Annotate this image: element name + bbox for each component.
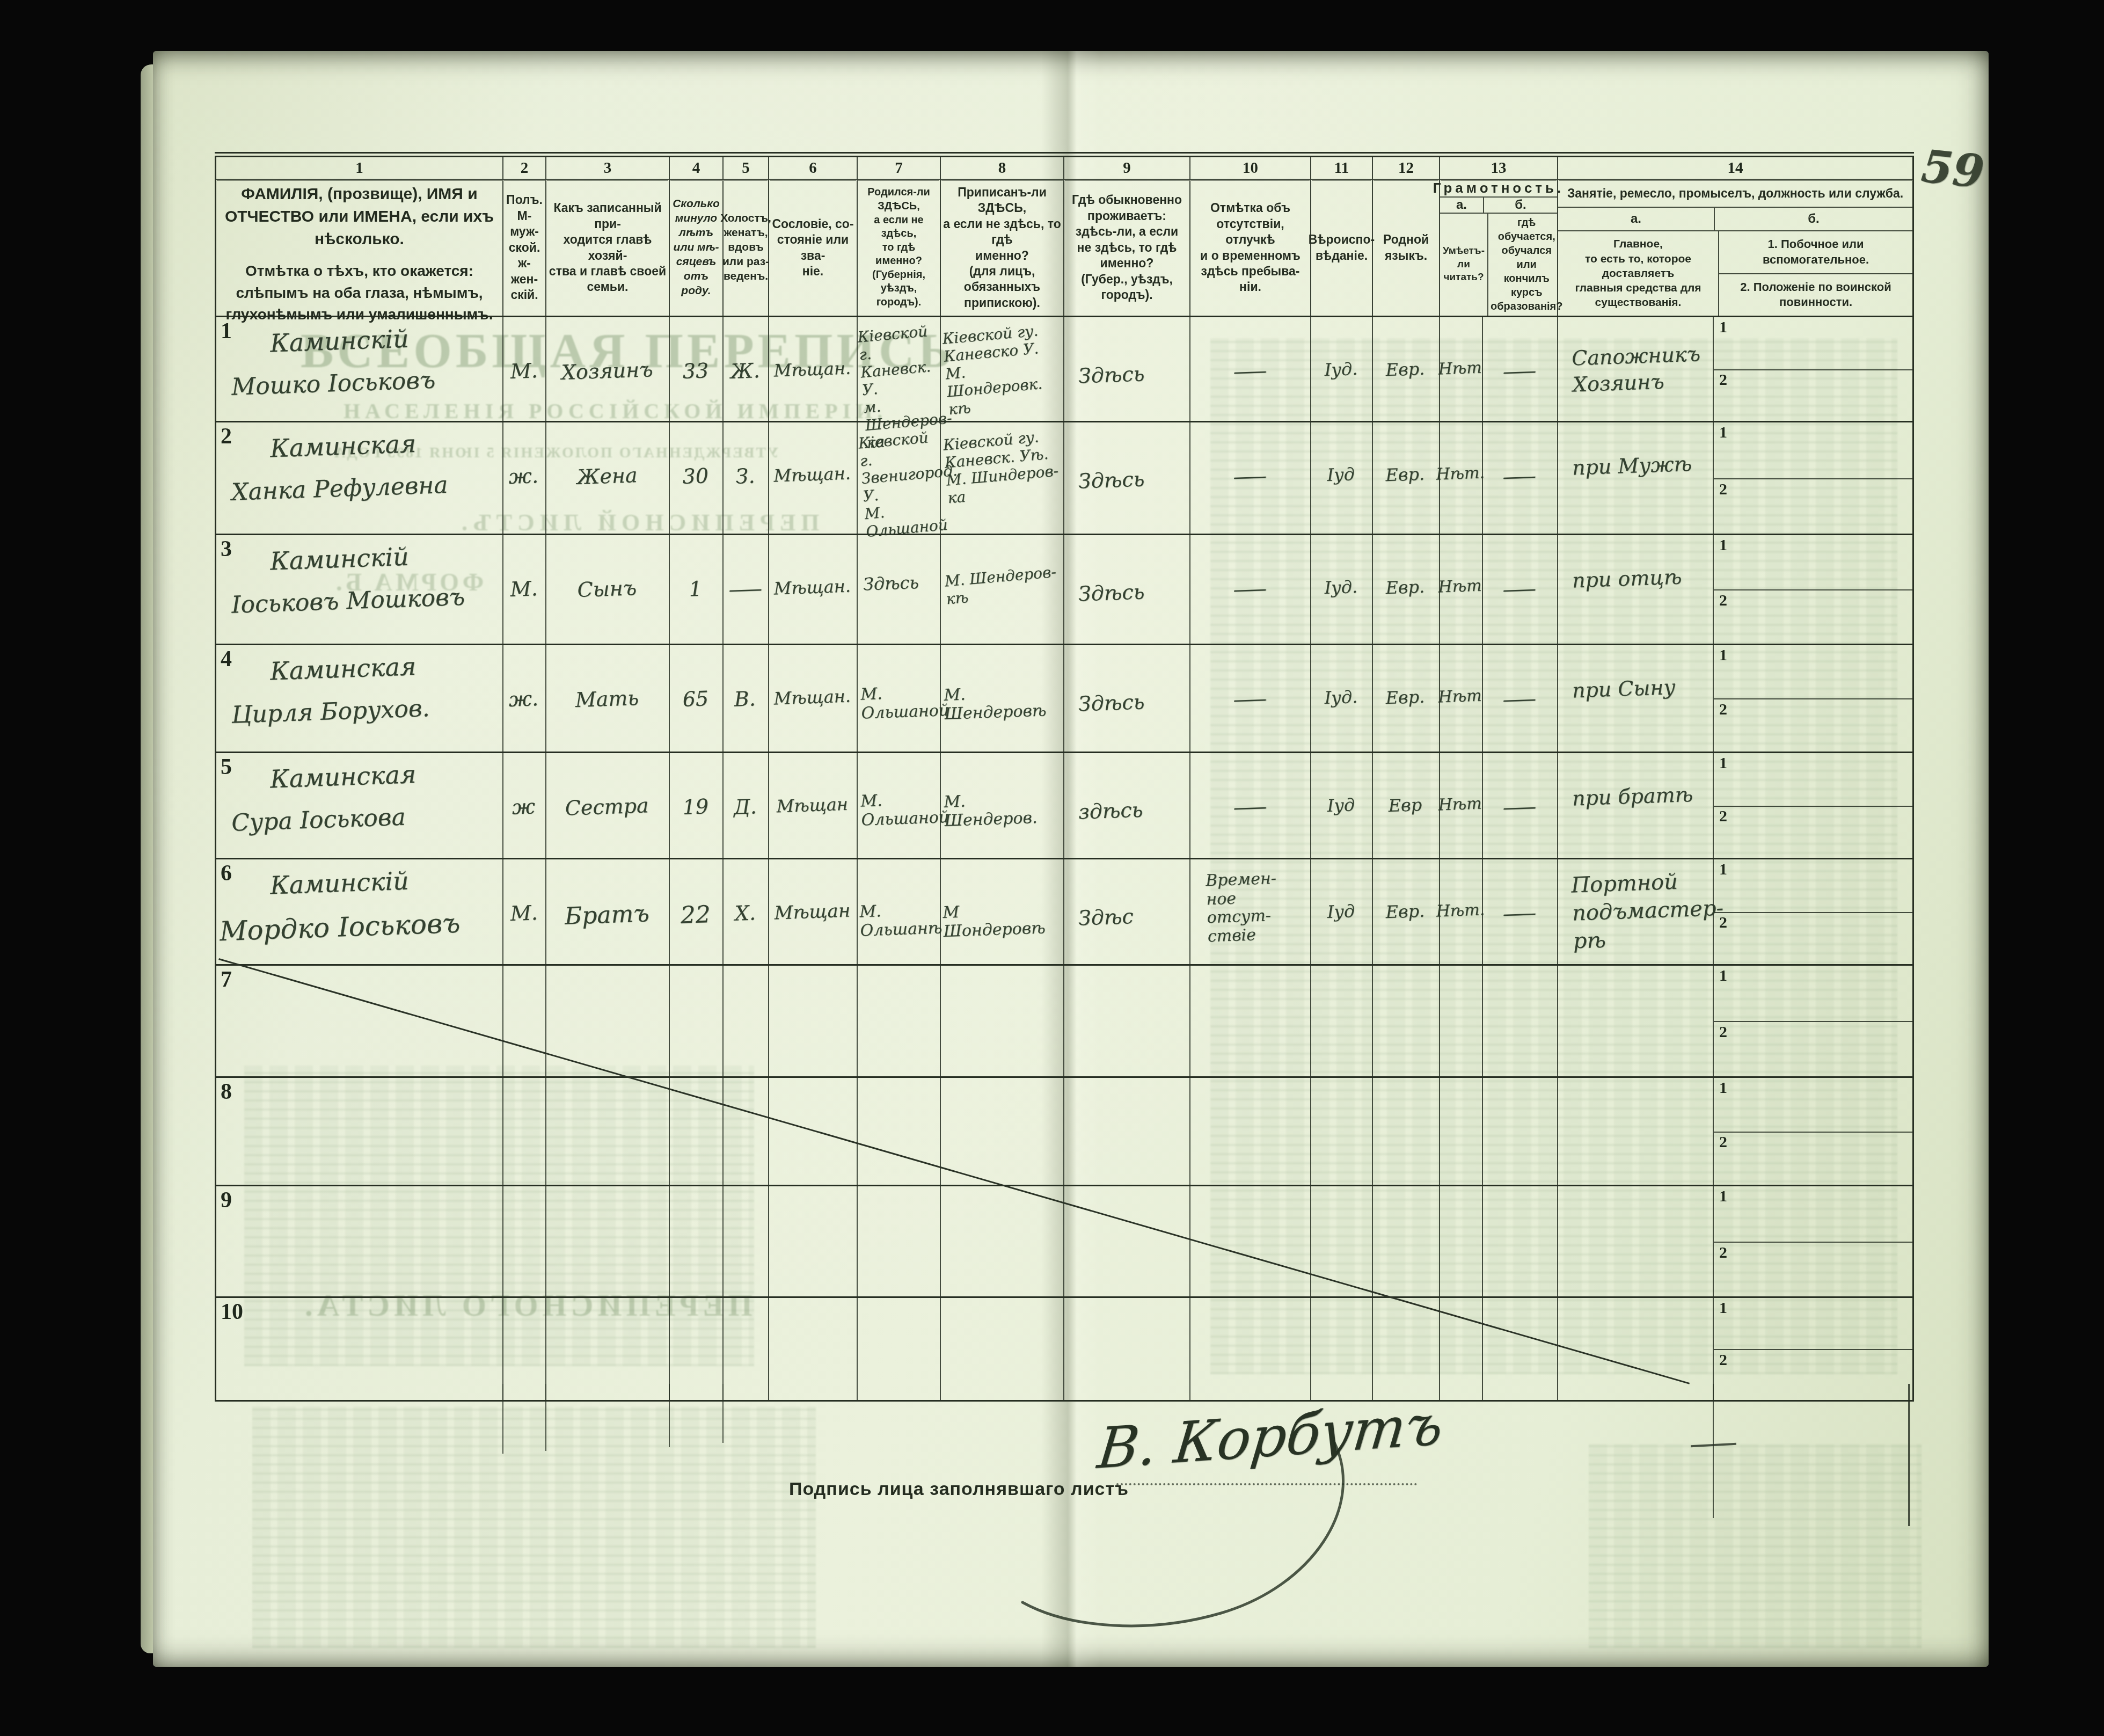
- header-text: гдѣ обучается, обучался или кончилъ курс…: [1488, 214, 1565, 316]
- registration-entry: М. Шендеров.: [944, 789, 1064, 830]
- absence-entry: Времен- ное отсут- ствіе: [1206, 869, 1312, 946]
- rule-overrun: [1713, 1384, 1714, 1518]
- surname-entry: Каминская: [269, 756, 503, 793]
- education-entry: —: [1502, 687, 1539, 752]
- occupation-entry: Сапожникъ Хозяинъ: [1571, 340, 1713, 398]
- residence-entry: здѣсь: [1078, 796, 1189, 823]
- column-header-10: 10 Отмѣтка объ отсутствіи, отлучкѣ и о в…: [1190, 157, 1311, 316]
- column-number: 14: [1558, 157, 1912, 180]
- surname-entry: Каминскій: [269, 863, 503, 900]
- table-row: 3 Каминскій Іоськовъ Мошковъ М. Сынъ 1 —…: [216, 535, 1912, 645]
- column-header-2: 2 Полъ. М-муж- ской. ж-жен- скій.: [503, 157, 546, 316]
- subrow-label: 1: [1719, 1079, 1727, 1097]
- subcolumn-b-label: б.: [1715, 208, 1912, 230]
- age-entry: 19: [682, 794, 710, 858]
- subrow-label: 2: [1719, 1351, 1727, 1369]
- header-text: Приписанъ-ли ЗДѢСЬ, а если не здѣсь, то …: [941, 180, 1063, 316]
- absence-entry: —: [1232, 359, 1269, 421]
- column-header-12: 12 Родной языкъ.: [1373, 157, 1440, 316]
- header-text: ФАМИЛІЯ, (прозвище), ИМЯ и ОТЧЕСТВО или …: [224, 183, 495, 251]
- subrow-label: 1: [1719, 860, 1727, 879]
- column-header-7: 7 Родился-ли ЗДѢСЬ, а если не здѣсь, то …: [858, 157, 941, 316]
- religion-entry: Іуд.: [1324, 359, 1360, 421]
- language-entry: Евр.: [1385, 359, 1427, 421]
- given-name-entry: Іоськовъ Мошковъ: [231, 582, 502, 619]
- row-number: 10: [221, 1299, 243, 1325]
- row-number: 8: [221, 1079, 232, 1105]
- header-text: Какъ записанный при- ходится главѣ хозяй…: [546, 180, 669, 316]
- subrow-label: 1: [1719, 1299, 1727, 1317]
- table-row: 8 1 2: [216, 1078, 1912, 1186]
- column-number: 3: [546, 157, 669, 180]
- column-number: 7: [858, 157, 940, 180]
- age-entry: 65: [682, 687, 711, 752]
- column-header-14: 14 Занятіе, ремесло, промыселъ, должност…: [1558, 157, 1912, 316]
- literacy-entry: Нѣт: [1438, 577, 1484, 645]
- absence-entry: —: [1232, 464, 1269, 534]
- rule-overrun: [1908, 1384, 1910, 1526]
- header-text: Главное, то есть то, которое доставляетъ…: [1558, 231, 1719, 316]
- religion-entry: Іуд.: [1324, 687, 1360, 752]
- header-text: Родной языкъ.: [1373, 180, 1439, 316]
- absence-entry: —: [1232, 577, 1269, 644]
- rule-overrun: [545, 1384, 546, 1451]
- bleed-through-texture: [1589, 1444, 1922, 1648]
- marital-entry: Д.: [733, 794, 758, 858]
- residence-entry: Здѣсь: [1078, 360, 1189, 388]
- column-header-9: 9 Гдѣ обыкновенно проживаетъ: здѣсь-ли, …: [1064, 157, 1190, 316]
- column-number: 4: [670, 157, 722, 180]
- registration-entry: М. Шендеров- кѣ: [944, 563, 1065, 608]
- subcolumn-a-label: а.: [1558, 208, 1715, 230]
- header-title: Грамотность.: [1440, 180, 1557, 198]
- header-text: Отмѣтка о тѣхъ, кто окажется: слѣпымъ на…: [224, 260, 495, 326]
- rule-overrun: [722, 1384, 724, 1443]
- occupation-entry: при Сыну: [1572, 673, 1713, 704]
- table-header: 1 ФАМИЛІЯ, (прозвище), ИМЯ и ОТЧЕСТВО ил…: [216, 157, 1912, 317]
- row-number: 7: [221, 967, 232, 993]
- column-header-5: 5 Холостъ, женатъ, вдовъ или раз- веденъ…: [724, 157, 769, 316]
- subrow-label: 1: [1719, 536, 1727, 555]
- sex-entry: ж.: [508, 464, 540, 534]
- given-name-entry: Цирля Борухов.: [231, 692, 502, 729]
- estate-entry: Мѣщан.: [773, 576, 853, 645]
- relation-entry: Сестра: [565, 793, 651, 859]
- table-row: 1 Каминскій Мошко Іоськовъ М. Хозяинъ 33…: [216, 317, 1912, 422]
- table-row: 2 Каминская Ханка Рефулевна ж. Жена 30 З…: [216, 422, 1912, 535]
- marital-entry: В.: [734, 687, 757, 752]
- occupation-entry: Портной подъмастер- рѣ: [1570, 866, 1714, 955]
- literacy-entry: Нѣт.: [1436, 900, 1487, 965]
- column-header-8: 8 Приписанъ-ли ЗДѢСЬ, а если не здѣсь, т…: [941, 157, 1064, 316]
- residence-entry: Здѣсь: [1078, 688, 1189, 716]
- row-number: 2: [221, 424, 232, 449]
- subcolumn-a-label: а.: [1440, 198, 1484, 213]
- education-entry: —: [1501, 464, 1538, 534]
- table-row: 6 Каминскій Мордко Іоськовъ М. Братъ 22 …: [216, 859, 1912, 966]
- subrow-label: 1: [1719, 1187, 1727, 1206]
- column-number: 10: [1190, 157, 1310, 180]
- literacy-entry: Нѣт.: [1435, 463, 1486, 534]
- row-number: 5: [221, 754, 232, 780]
- surname-entry: Каминская: [269, 648, 503, 685]
- header-text: Вѣроиспо- вѣданіе.: [1311, 180, 1372, 316]
- scan-background: ВСЕОБЩАЯ ПЕРЕПИСЬ НАСЕЛЕНІЯ РОССІЙСКОЙ И…: [0, 0, 2104, 1736]
- subrow-label: 1: [1719, 424, 1727, 442]
- column-header-6: 6 Сословіе, со- стояніе или зва- ніе.: [769, 157, 858, 316]
- religion-entry: Іуд.: [1324, 577, 1360, 644]
- column-number: 5: [724, 157, 768, 180]
- column-number: 13: [1440, 157, 1557, 180]
- surname-entry: Каминскій: [269, 320, 503, 358]
- sex-entry: ж: [512, 794, 537, 858]
- column-number: 8: [941, 157, 1063, 180]
- marital-entry: З.: [735, 464, 756, 534]
- sex-entry: М.: [510, 359, 539, 421]
- language-entry: Евр.: [1385, 901, 1427, 965]
- subrow-label: 2: [1719, 701, 1727, 719]
- header-text: Сколько минуло лѣтъ или мѣ- сяцевъ отъ р…: [670, 180, 722, 316]
- sex-entry: М.: [509, 901, 539, 965]
- residence-entry: Здѣсь: [1078, 578, 1189, 606]
- given-name-entry: Мордко Іоськовъ: [219, 906, 503, 947]
- table-row: 10 1 2: [216, 1298, 1912, 1400]
- table-row: 4 Каминская Цирля Борухов. ж. Мать 65 В.…: [216, 645, 1912, 753]
- literacy-entry: Нѣт: [1438, 359, 1484, 422]
- column-header-3: 3 Какъ записанный при- ходится главѣ хоз…: [546, 157, 670, 316]
- subrow-label: 2: [1719, 1244, 1727, 1262]
- header-text: 1. Побочное или вспомогательное.: [1719, 231, 1912, 274]
- subrow-label: 1: [1719, 318, 1727, 337]
- column-header-4: 4 Сколько минуло лѣтъ или мѣ- сяцевъ отъ…: [670, 157, 724, 316]
- estate-entry: Мѣщан: [776, 794, 850, 859]
- header-text: Холостъ, женатъ, вдовъ или раз- веденъ.: [724, 180, 768, 316]
- subrow-label: 1: [1719, 754, 1727, 772]
- age-entry: 33: [682, 359, 710, 421]
- occupation-entry: при отцѣ: [1572, 563, 1713, 594]
- sex-entry: М.: [509, 577, 539, 644]
- column-number: 9: [1064, 157, 1189, 180]
- education-entry: —: [1502, 794, 1539, 858]
- relation-entry: Мать: [575, 686, 640, 753]
- education-entry: —: [1502, 359, 1539, 421]
- table-row: 7 1 2: [216, 966, 1912, 1078]
- birthplace-entry: Здѣсь: [863, 572, 940, 595]
- header-text: Умѣетъ- ли читать?: [1440, 214, 1488, 316]
- relation-entry: Братъ: [564, 900, 651, 965]
- header-text: Отмѣтка объ отсутствіи, отлучкѣ и о врем…: [1190, 180, 1310, 316]
- registration-entry: М. Шендеровѣ: [944, 682, 1064, 724]
- occupation-entry: при Мужѣ: [1572, 450, 1713, 482]
- language-entry: Евр.: [1385, 464, 1427, 534]
- religion-entry: Іуд: [1327, 794, 1357, 858]
- subrow-label: 2: [1719, 1023, 1727, 1041]
- subcolumn-b-label: б.: [1484, 198, 1557, 213]
- subrow-label: 2: [1719, 592, 1727, 610]
- header-text: Родился-ли ЗДѢСЬ, а если не здѣсь, то гд…: [858, 180, 940, 316]
- header-text: 2. Положеніе по воинской повинности.: [1719, 274, 1912, 316]
- subrow-label: 1: [1719, 646, 1727, 665]
- column-number: 12: [1373, 157, 1439, 180]
- language-entry: Евр.: [1385, 687, 1427, 752]
- subrow-label: 2: [1719, 480, 1727, 499]
- education-entry: —: [1502, 901, 1539, 965]
- religion-entry: Іуд: [1327, 464, 1357, 534]
- registration-entry: Кіевской гу. Каневско У. М. Шондеровк. к…: [941, 320, 1067, 419]
- row-number: 3: [221, 536, 232, 562]
- residence-entry: Здѣсь: [1078, 465, 1189, 493]
- page-number: 59: [1919, 139, 1987, 199]
- residence-entry: Здѣс: [1078, 902, 1189, 930]
- age-entry: 30: [682, 464, 711, 534]
- row-number: 6: [221, 860, 232, 886]
- birthplace-entry: Кіевской г. Звенигород. У. М. Ольшаной: [858, 428, 945, 541]
- subrow-label: 2: [1719, 807, 1727, 826]
- row-number: 9: [221, 1187, 232, 1213]
- marital-entry: Х.: [734, 901, 757, 964]
- header-text: Сословіе, со- стояніе или зва- ніе.: [769, 180, 857, 316]
- sex-entry: ж.: [508, 687, 540, 752]
- education-entry: —: [1502, 577, 1539, 644]
- census-table: 1 ФАМИЛІЯ, (прозвище), ИМЯ и ОТЧЕСТВО ил…: [215, 156, 1914, 1402]
- given-name-entry: Ханка Рефулевна: [231, 469, 502, 506]
- subrow-label: 2: [1719, 1133, 1727, 1151]
- surname-entry: Каминскій: [269, 538, 503, 575]
- age-entry: 1: [689, 577, 704, 644]
- column-header-13: 13 Грамотность. а. б. Умѣетъ- ли читать?…: [1440, 157, 1558, 316]
- given-name-entry: Сура Іоськова: [231, 800, 502, 837]
- registration-entry: Кіевской гу. Каневск. Уѣ. М. Шиндеров- к…: [943, 426, 1066, 507]
- marital-entry: —: [727, 577, 764, 644]
- estate-entry: Мѣщан.: [773, 686, 852, 753]
- signature-flourish: [990, 1425, 1398, 1659]
- given-name-entry: Мошко Іоськовъ: [231, 364, 502, 401]
- estate-entry: Мѣщан.: [773, 358, 852, 422]
- religion-entry: Іуд: [1327, 901, 1357, 965]
- column-header-11: 11 Вѣроиспо- вѣданіе.: [1311, 157, 1373, 316]
- birthplace-entry: М. Ольшанѣ: [859, 900, 940, 940]
- subrow-label: 2: [1719, 371, 1727, 389]
- surname-entry: Каминская: [269, 426, 503, 463]
- row-number: 4: [221, 646, 232, 672]
- estate-entry: Мѣщан.: [773, 463, 853, 535]
- literacy-entry: Нѣт: [1438, 687, 1484, 753]
- marital-entry: Ж.: [730, 359, 762, 421]
- row-number: 1: [221, 318, 232, 344]
- language-entry: Евр.: [1385, 577, 1427, 644]
- relation-entry: Жена: [576, 463, 639, 535]
- absence-entry: —: [1232, 687, 1269, 752]
- relation-entry: Сынъ: [577, 576, 639, 645]
- bleed-through-texture: [252, 1406, 816, 1648]
- column-number: 1: [216, 157, 502, 180]
- subrow-label: 1: [1719, 967, 1727, 985]
- absence-entry: —: [1232, 794, 1269, 858]
- registration-entry: М Шондеровѣ: [943, 899, 1064, 941]
- birthplace-entry: М. Ольшаной: [860, 682, 940, 723]
- header-text: Полъ. М-муж- ской. ж-жен- скій.: [503, 180, 545, 316]
- column-header-1: 1 ФАМИЛІЯ, (прозвище), ИМЯ и ОТЧЕСТВО ил…: [216, 157, 503, 316]
- rule-overrun: [669, 1384, 670, 1447]
- column-number: 11: [1311, 157, 1372, 180]
- census-sheet: ВСЕОБЩАЯ ПЕРЕПИСЬ НАСЕЛЕНІЯ РОССІЙСКОЙ И…: [153, 51, 1989, 1667]
- literacy-entry: Нѣт: [1438, 794, 1484, 859]
- header-text: Гдѣ обыкновенно проживаетъ: здѣсь-ли, а …: [1064, 180, 1189, 316]
- language-entry: Евр: [1388, 794, 1424, 858]
- relation-entry: Хозяинъ: [561, 358, 655, 422]
- column-number: 2: [503, 157, 545, 180]
- age-entry: 22: [680, 901, 712, 965]
- rule-overrun: [502, 1384, 503, 1454]
- column-number: 6: [769, 157, 857, 180]
- estate-entry: Мѣщан: [774, 900, 852, 966]
- occupation-entry: при братѣ: [1572, 781, 1713, 812]
- header-title: Занятіе, ремесло, промыселъ, должность и…: [1558, 180, 1912, 208]
- table-row: 5 Каминская Сура Іоськова ж Сестра 19 Д.…: [216, 753, 1912, 859]
- birthplace-entry: М. Ольшаной: [860, 789, 940, 829]
